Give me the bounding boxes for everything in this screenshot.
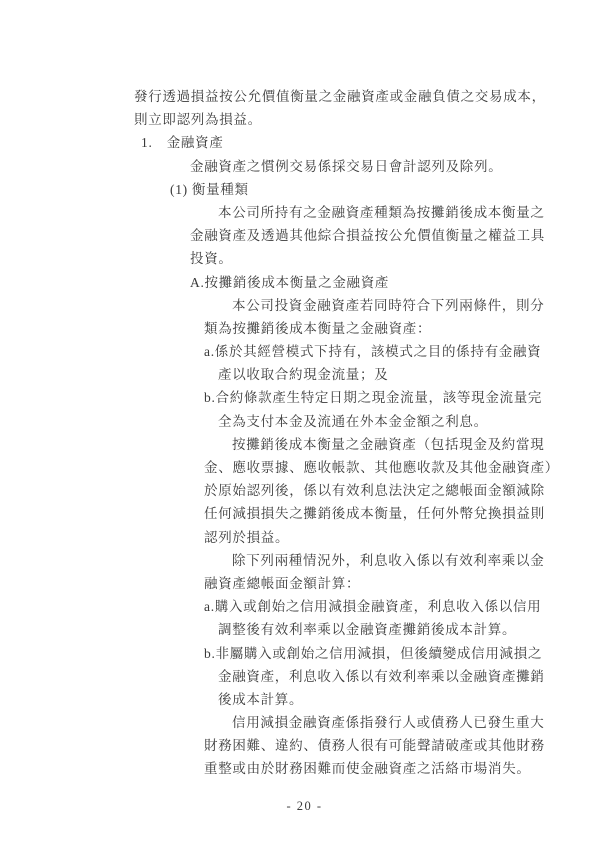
subsection-1-para-line-2: 金融資產及透過其他綜合損益按公允價值衡量之權益工具 — [0, 224, 595, 247]
item-A-para3-line-2: 融資產總帳面金額計算： — [0, 572, 595, 595]
item-A-b-line-1: b.合約條款產生特定日期之現金流量，該等現金流量完 — [0, 386, 595, 409]
interest-item-b-line-3: 後成本計算。 — [0, 688, 595, 711]
interest-item-a-line-2: 調整後有效利率乘以金融資產攤銷後成本計算。 — [0, 618, 595, 641]
section-1-heading: 1. 金融資產 — [0, 131, 595, 154]
section-1-intro: 金融資產之慣例交易係採交易日會計認列及除列。 — [0, 155, 595, 178]
interest-item-b-line-1: b.非屬購入或創始之信用減損，但後續變成信用減損之 — [0, 642, 595, 665]
item-A-para2-line-4: 任何減損損失之攤銷後成本衡量，任何外幣兌換損益則 — [0, 502, 595, 525]
item-A-para2-line-5: 認列於損益。 — [0, 526, 595, 549]
document-body: 發行透過損益按公允價值衡量之金融資產或金融負債之交易成本， 則立即認列為損益。 … — [0, 85, 595, 781]
item-A-a-line-2: 產以收取合約現金流量；及 — [0, 363, 595, 386]
credit-impaired-para-line-3: 重整或由於財務困難而使金融資產之活絡市場消失。 — [0, 757, 595, 780]
item-A-heading: A.按攤銷後成本衡量之金融資產 — [0, 271, 595, 294]
item-A-para2-line-3: 於原始認列後，係以有效利息法決定之總帳面金額減除 — [0, 479, 595, 502]
item-A-para3-line-1: 除下列兩種情況外，利息收入係以有效利率乘以金 — [0, 549, 595, 572]
subsection-1-heading: (1) 衡量種類 — [0, 178, 595, 201]
interest-item-a-line-1: a.購入或創始之信用減損金融資產，利息收入係以信用 — [0, 595, 595, 618]
page-number: - 20 - — [0, 799, 595, 814]
item-A-b-line-2: 全為支付本金及流通在外本金金額之利息。 — [0, 410, 595, 433]
credit-impaired-para-line-2: 財務困難、違約、債務人很有可能聲請破產或其他財務 — [0, 734, 595, 757]
subsection-1-para-line-1: 本公司所持有之金融資產種類為按攤銷後成本衡量之 — [0, 201, 595, 224]
item-A-a-line-1: a.係於其經營模式下持有，該模式之目的係持有金融資 — [0, 340, 595, 363]
interest-item-b-line-2: 金融資產，利息收入係以有效利率乘以金融資產攤銷 — [0, 665, 595, 688]
item-A-para2-line-2: 金、應收票據、應收帳款、其他應收款及其他金融資產） — [0, 456, 595, 479]
subsection-1-para-line-3: 投資。 — [0, 247, 595, 270]
doc-line-carryover-1: 發行透過損益按公允價值衡量之金融資產或金融負債之交易成本， — [0, 85, 595, 108]
credit-impaired-para-line-1: 信用減損金融資產係指發行人或債務人已發生重大 — [0, 711, 595, 734]
document-page: 發行透過損益按公允價值衡量之金融資產或金融負債之交易成本， 則立即認列為損益。 … — [0, 0, 595, 842]
item-A-para2-line-1: 按攤銷後成本衡量之金融資產（包括現金及約當現 — [0, 433, 595, 456]
item-A-para1-line-2: 類為按攤銷後成本衡量之金融資產： — [0, 317, 595, 340]
doc-line-carryover-2: 則立即認列為損益。 — [0, 108, 595, 131]
item-A-para1-line-1: 本公司投資金融資產若同時符合下列兩條件，則分 — [0, 294, 595, 317]
